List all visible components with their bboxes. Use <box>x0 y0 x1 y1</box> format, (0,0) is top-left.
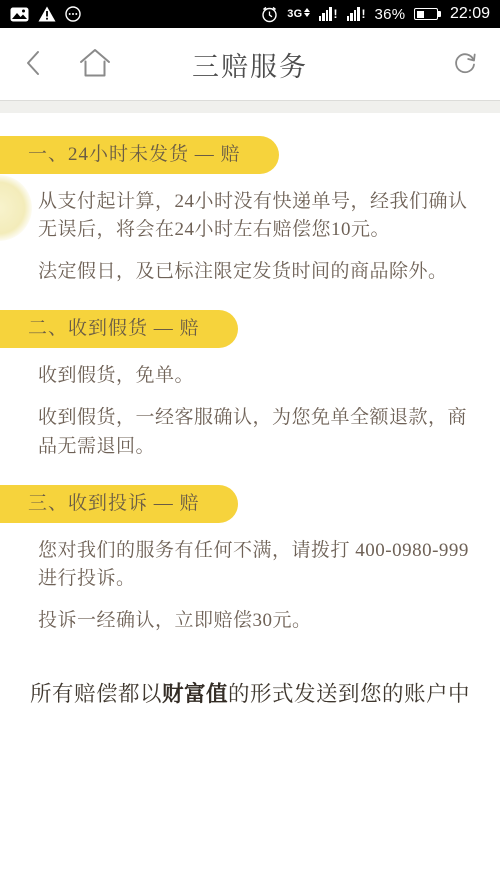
signal-bars-sim1-icon: ! <box>319 7 338 21</box>
page-title: 三赔服务 <box>162 45 338 84</box>
section-paragraph: 从支付起计算，24小时没有快递单号，经我们确认无误后，将会在24小时左右赔偿您1… <box>38 188 470 244</box>
section-paragraph: 收到假货，免单。 <box>38 362 470 390</box>
alarm-clock-icon <box>261 6 278 23</box>
battery-percent-label: 36% <box>375 6 406 23</box>
refresh-button[interactable] <box>452 50 478 79</box>
refresh-icon <box>452 50 478 79</box>
gallery-icon <box>10 7 29 22</box>
nav-bar: 三赔服务 <box>0 28 500 100</box>
page-content: 一、24小时未发货 — 赔 从支付起计算，24小时没有快递单号，经我们确认无误后… <box>0 113 500 708</box>
battery-icon <box>414 8 441 20</box>
note-suffix: 的形式发送到您的账户中 <box>228 682 470 706</box>
nav-divider <box>0 100 500 113</box>
more-notifications-icon <box>65 6 81 22</box>
home-button[interactable] <box>78 47 112 82</box>
signal-alert-sim2: ! <box>362 7 366 21</box>
network-type-label: 3G <box>287 8 302 20</box>
section-paragraph: 投诉一经确认，立即赔偿30元。 <box>38 607 470 635</box>
note-prefix: 所有赔偿都以 <box>30 682 162 706</box>
clock-label: 22:09 <box>450 5 490 23</box>
signal-bars-sim2-icon: ! <box>347 7 366 21</box>
back-button[interactable] <box>22 48 44 81</box>
phone-screen: 3G ! ! 36% 22:09 三赔服务 <box>0 0 500 888</box>
section-paragraph: 法定假日，及已标注限定发货时间的商品除外。 <box>38 258 470 286</box>
chevron-left-icon <box>22 48 44 81</box>
network-type-indicator: 3G <box>287 8 309 20</box>
section-complaint: 三、收到投诉 — 赔 您对我们的服务有任何不满，请拨打 400-0980-999… <box>0 485 500 635</box>
compensation-note: 所有赔偿都以财富值的形式发送到您的账户中 <box>0 677 500 708</box>
note-highlight: 财富值 <box>162 682 228 706</box>
warning-icon <box>38 6 56 22</box>
status-bar: 3G ! ! 36% 22:09 <box>0 0 500 28</box>
section-header-pill: 三、收到投诉 — 赔 <box>0 485 238 523</box>
section-paragraph: 收到假货，一经客服确认，为您免单全额退款，商品无需退回。 <box>38 404 470 460</box>
section-fake-goods: 二、收到假货 — 赔 收到假货，免单。 收到假货，一经客服确认，为您免单全额退款… <box>0 310 500 460</box>
nav-right-group <box>338 50 478 79</box>
home-icon <box>78 47 112 82</box>
section-header-pill: 二、收到假货 — 赔 <box>0 310 238 348</box>
nav-left-group <box>22 47 162 82</box>
signal-alert-sim1: ! <box>334 7 338 21</box>
section-no-shipment: 一、24小时未发货 — 赔 从支付起计算，24小时没有快递单号，经我们确认无误后… <box>0 136 500 286</box>
data-activity-arrows-icon <box>304 8 310 17</box>
section-header-pill: 一、24小时未发货 — 赔 <box>0 136 279 174</box>
section-paragraph: 您对我们的服务有任何不满，请拨打 400-0980-999 进行投诉。 <box>38 537 470 593</box>
